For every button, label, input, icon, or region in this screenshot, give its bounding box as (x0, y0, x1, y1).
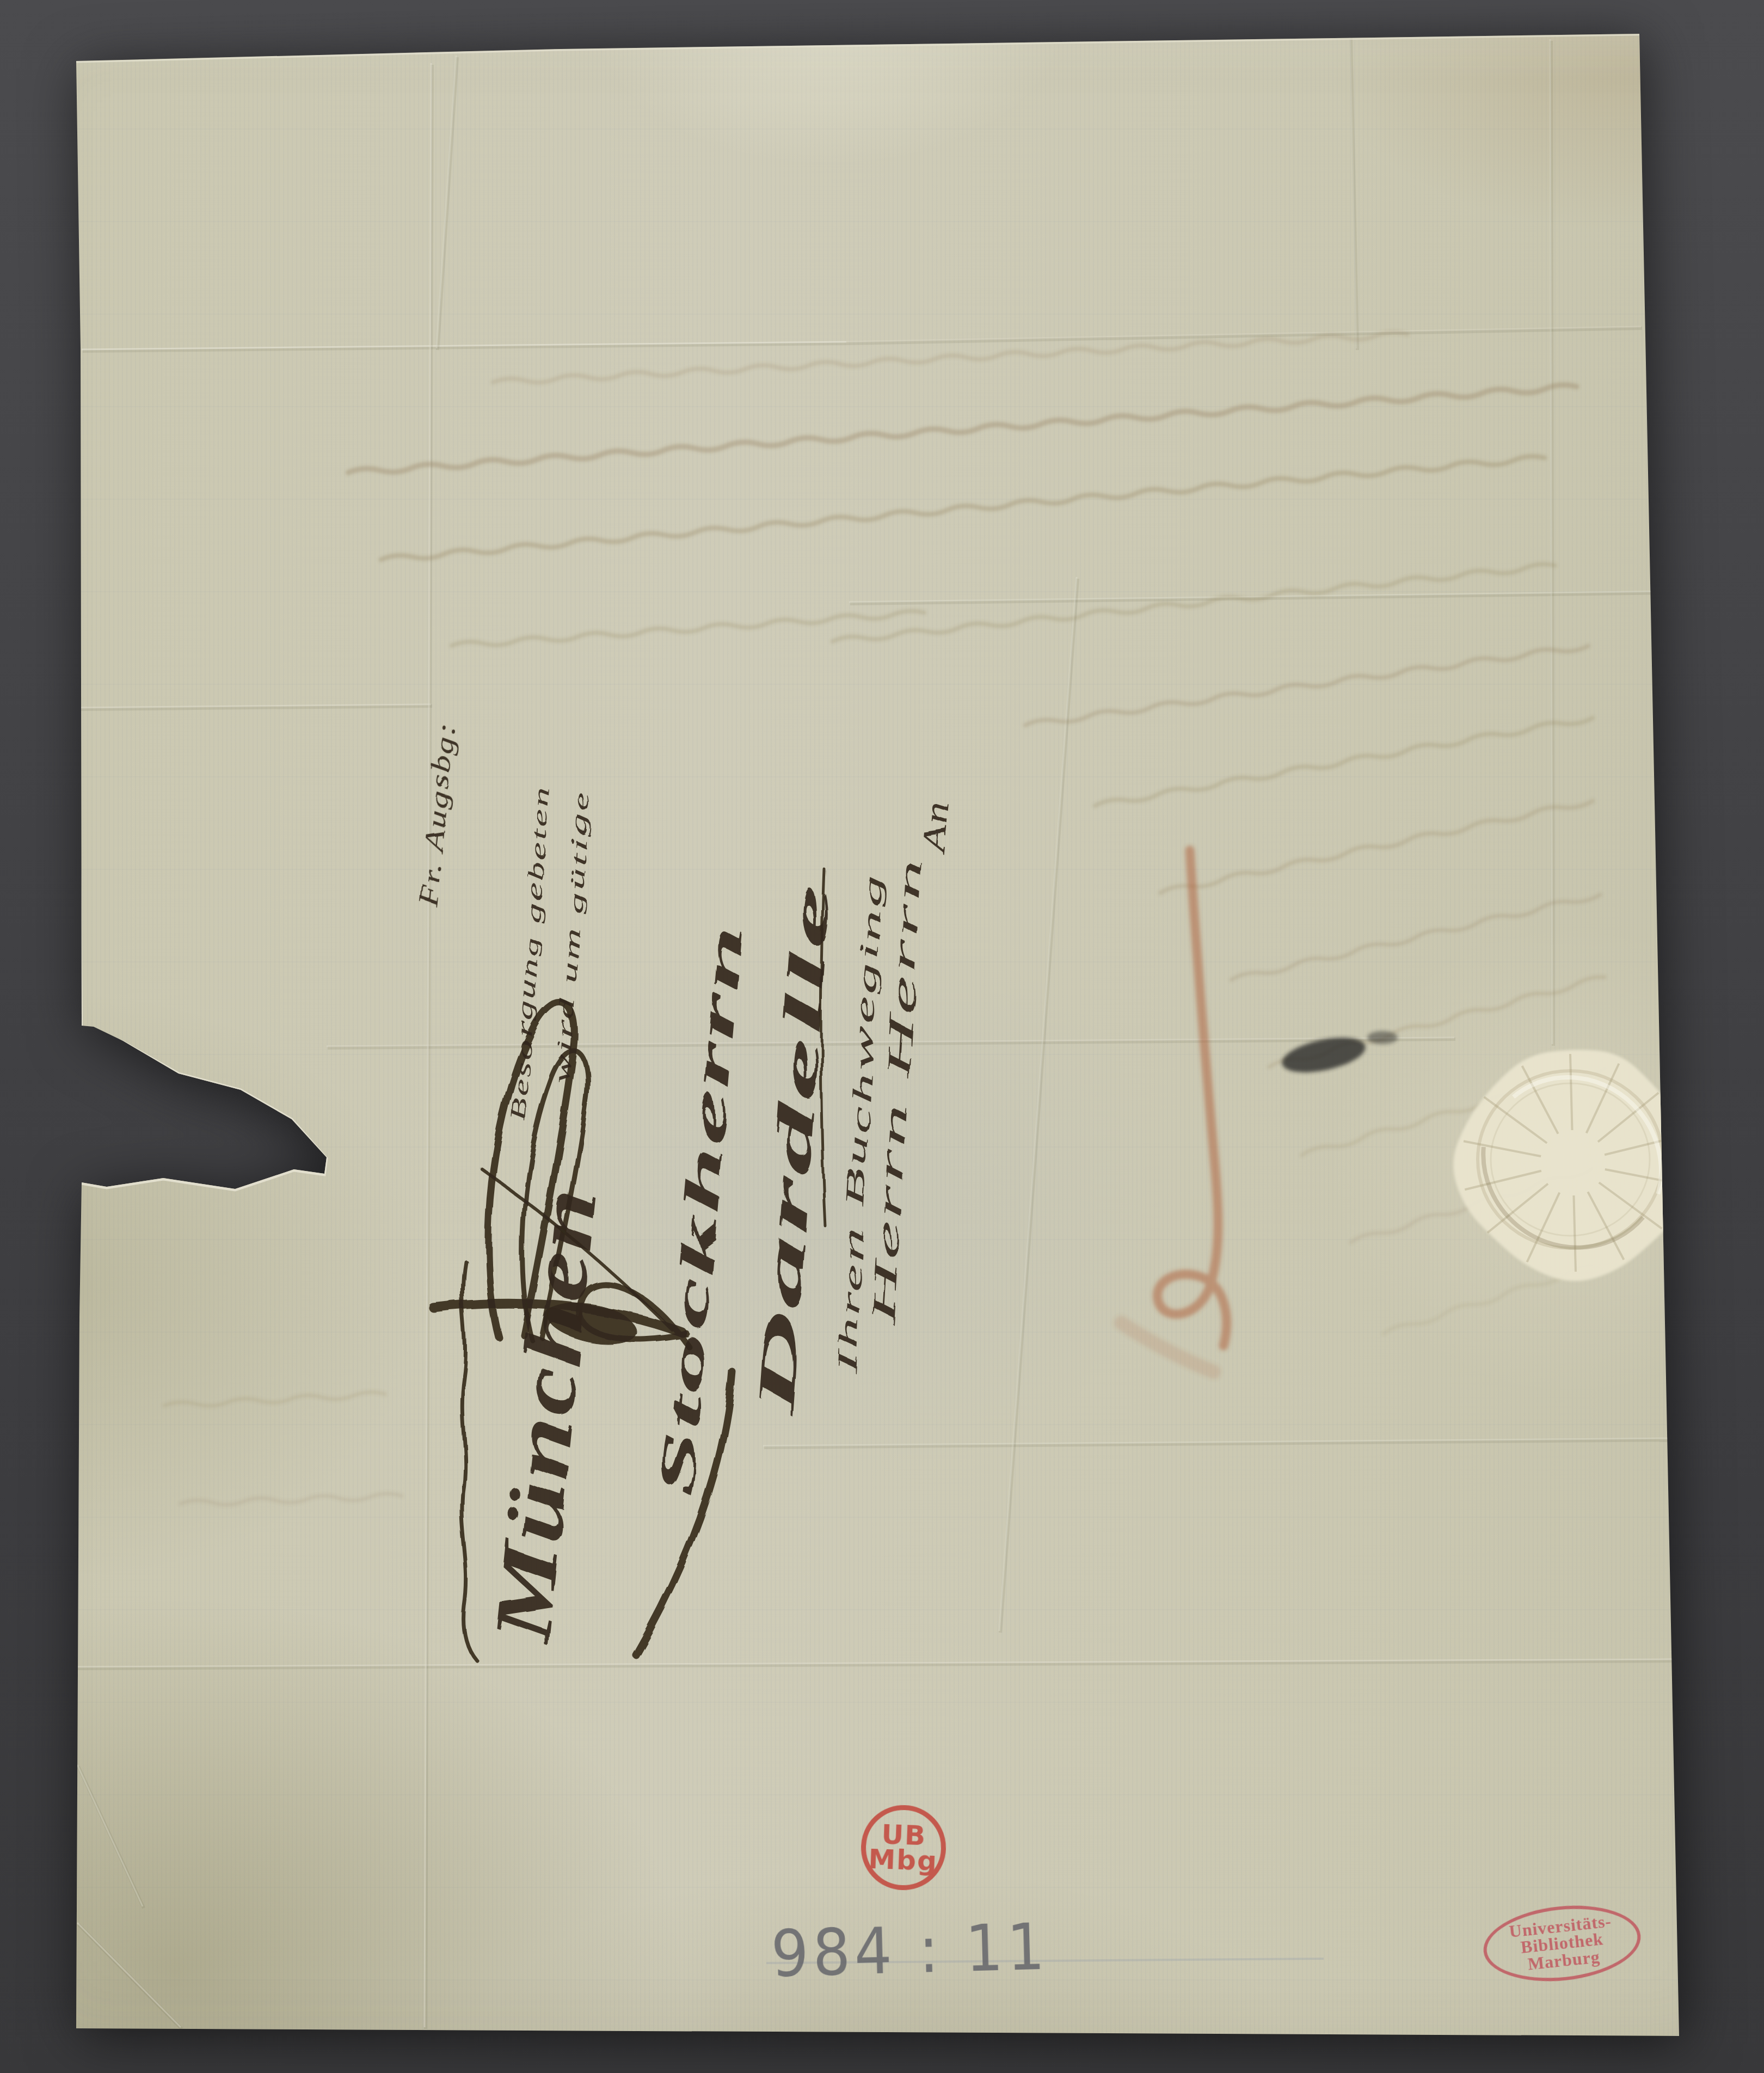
paper-shadow: AnHerrn HerrnIhren BuchwegingDardelleSto… (0, 0, 1764, 2073)
scanned-letter-page: AnHerrn HerrnIhren BuchwegingDardelleSto… (0, 0, 1764, 2073)
address-line: An (913, 798, 956, 856)
red-chalk-mark (1158, 850, 1227, 1346)
crease-line (1550, 39, 1552, 1044)
bleedthrough-group (164, 332, 1606, 1505)
crease-line (76, 1659, 1679, 1667)
seal-shade (1447, 1033, 1699, 1284)
address-line: Ihren Buchweging (831, 872, 888, 1375)
address-line: Dardelle (746, 880, 841, 1418)
ink-flourish (462, 1261, 477, 1660)
seal-crease (1588, 1192, 1624, 1260)
crease-line (763, 1438, 1679, 1446)
seal-crease (1587, 1064, 1619, 1133)
seal-ring (1478, 1071, 1663, 1248)
crease-line (327, 1038, 1454, 1046)
ink-flourish (548, 1303, 636, 1344)
seal-crease (1570, 1054, 1572, 1130)
seal-crease (1527, 1193, 1560, 1262)
crease-shadow (78, 1924, 182, 2029)
bleedthrough-line (1269, 977, 1605, 1067)
crease-line (846, 327, 1641, 342)
black-ink-smudge-small (1367, 1031, 1398, 1044)
letter-paper: AnHerrn HerrnIhren BuchwegingDardelleSto… (0, 0, 1764, 2073)
seal-crease (1522, 1066, 1558, 1134)
crease-shadow (426, 65, 432, 2029)
bleedthrough-line (452, 611, 924, 646)
bleedthrough-line (181, 1494, 402, 1505)
crease-shadow (83, 344, 847, 351)
bleedthrough-line (381, 456, 1545, 560)
crease-shadow (764, 1440, 1680, 1448)
seal-crease (1488, 1184, 1548, 1233)
stamp-round-line2: Mbg (868, 1847, 938, 1874)
bleedthrough-line (348, 385, 1577, 473)
red-chalk-mark (1121, 1323, 1214, 1372)
address-line: Fr. Augsbg: (414, 720, 462, 908)
crease-shadow (78, 1767, 144, 1908)
crease-line (1350, 36, 1356, 348)
seal-crease (1464, 1141, 1541, 1156)
crease-shadow (1000, 579, 1078, 1633)
crease-line (999, 577, 1077, 1631)
seal-crease (1465, 1171, 1541, 1189)
paper-vignette (0, 0, 1764, 2073)
top-paper-edge (76, 35, 1639, 62)
crease-shadow (77, 706, 432, 709)
address-line: wird um gütige (550, 790, 595, 1085)
crease-line (76, 704, 431, 708)
ink-flourish (482, 1169, 672, 1329)
seal-crease (1598, 1093, 1658, 1142)
bleedthrough-line (833, 564, 1555, 641)
black-ink-smudge (1279, 1031, 1368, 1078)
seal-inner-ring (1491, 1083, 1650, 1236)
seal-crease (1574, 1195, 1576, 1272)
crease-shadow (77, 1661, 1680, 1669)
seal-highlight (1447, 1041, 1698, 1293)
bleedthrough-writing-layer (0, 0, 1764, 2073)
seal-crease (1599, 1182, 1662, 1229)
bleedthrough-line (1384, 1265, 1594, 1334)
crease-shadow (328, 1039, 1455, 1048)
ink-flourish (488, 1003, 575, 1337)
crease-shadow (1351, 38, 1357, 350)
ink-flourish (580, 1285, 688, 1346)
library-stamp-oval: Universitäts- Bibliothek Marburg (1480, 1898, 1645, 1989)
library-stamp-round: UB Mbg (859, 1804, 947, 1891)
crease-shadow (438, 57, 457, 350)
chalk-and-smudge-layer (0, 0, 1764, 2073)
bleedthrough-line (1302, 1068, 1606, 1155)
handwritten-address-layer: AnHerrn HerrnIhren BuchwegingDardelleSto… (0, 0, 1764, 2073)
chalk-group (1121, 850, 1227, 1372)
bleedthrough-line (1231, 894, 1600, 980)
crease-shadow (1551, 41, 1553, 1046)
crease-line (849, 591, 1676, 602)
crease-line (425, 63, 431, 2027)
ink-flourish (636, 1372, 733, 1655)
bleedthrough-line (1160, 801, 1593, 893)
wax-seal (0, 0, 1764, 2073)
seal-crease (1484, 1097, 1547, 1143)
seal-crease (1605, 1169, 1682, 1185)
address-line: Stockherrn (648, 919, 753, 1499)
ink-flourish (821, 869, 825, 1226)
address-line: Herrn Herrn (864, 855, 930, 1326)
bleedthrough-line (1351, 1168, 1593, 1242)
crease-line (77, 1923, 181, 2027)
torn-hole-edge (82, 1028, 327, 1190)
address-line: Besorgung gebeten (506, 784, 554, 1123)
left-edge-sliver (79, 817, 82, 1026)
address-line: München (476, 1183, 614, 1648)
bleedthrough-line (164, 1392, 385, 1406)
bleedthrough-line (493, 332, 1407, 382)
crease-line (437, 56, 456, 348)
crease-shadow (850, 593, 1677, 604)
bleedthrough-line (1025, 646, 1588, 725)
handwriting-group: AnHerrn HerrnIhren BuchwegingDardelleSto… (414, 720, 956, 1660)
ink-flourish (434, 1304, 683, 1333)
ink-flourish (523, 1051, 588, 1340)
crease-shadow (847, 328, 1642, 344)
bleedthrough-line (1095, 718, 1593, 806)
seal-crease (1605, 1136, 1681, 1155)
seal-blob (1453, 1050, 1688, 1281)
crease-line (77, 1765, 143, 1906)
crease-line (82, 342, 846, 349)
pencil-shelfmark: 984 : 11 (770, 1909, 1049, 1991)
paper-creases-layer (0, 0, 1764, 2073)
